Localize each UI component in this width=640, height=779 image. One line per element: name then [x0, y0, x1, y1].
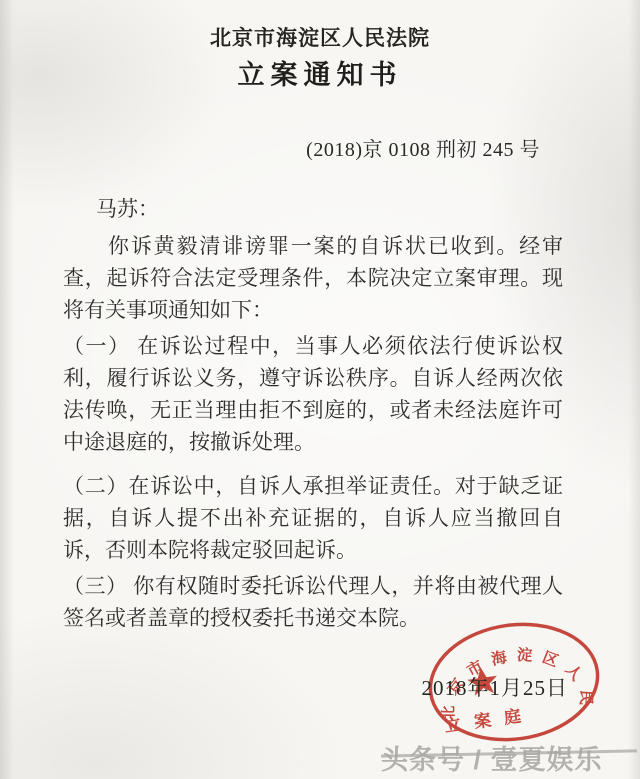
case-number: (2018)京 0108 刑初 245 号 [306, 133, 540, 162]
doc-body: 马苏： 你诉黄毅清诽谤罪一案的自诉状已收到。经审查，起诉符合法定受理条件，本院决… [63, 193, 563, 634]
court-name: 北京市海淀区人民法院 [0, 22, 640, 52]
recipient-name: 马苏： [96, 193, 563, 225]
doc-title: 立案通知书 [0, 53, 640, 92]
intro-paragraph: 你诉黄毅清诽谤罪一案的自诉状已收到。经审查，起诉符合法定受理条件，本院决定立案审… [63, 230, 563, 326]
watermark-text: 头条号 / 壹夏娱乐 [381, 745, 603, 775]
notice-item-2: （二）在诉讼中，自诉人承担举证责任。对于缺乏证据，自诉人提不出补充证据的，自诉人… [63, 470, 563, 566]
scanned-document: 北京市海淀区人民法院 立案通知书 (2018)京 0108 刑初 245 号 马… [0, 0, 640, 779]
notice-item-1: （一） 在诉讼过程中，当事人必须依法行使诉讼权利，履行诉讼义务，遵守诉讼秩序。自… [63, 330, 563, 458]
issue-date: 2018年1月25日 [422, 672, 569, 702]
publisher-watermark: 头条号 / 壹夏娱乐 [381, 738, 637, 777]
